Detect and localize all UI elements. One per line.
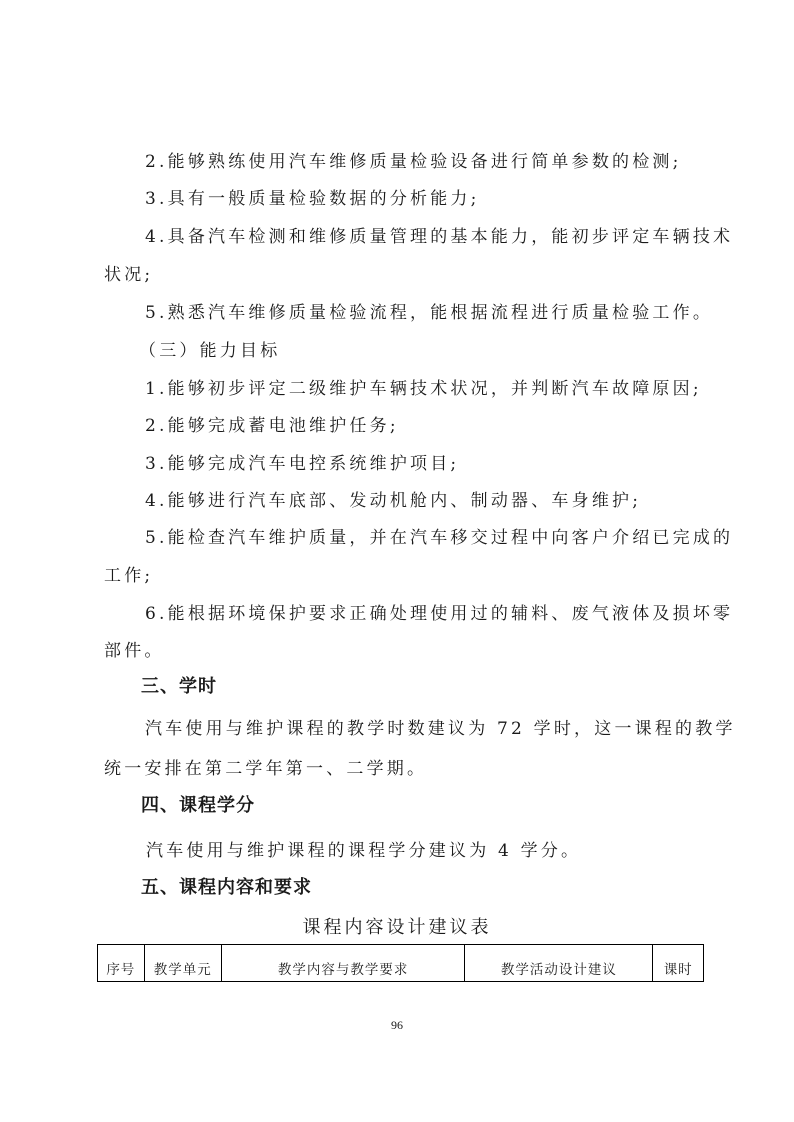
- list-item: 6.能根据环境保护要求正确处理使用过的辅料、废气液体及损坏零: [145, 603, 733, 625]
- course-content-table: 序号 教学单元 教学内容与教学要求 教学活动设计建议 课时: [97, 944, 704, 982]
- section-heading-4: 四、课程学分: [141, 795, 255, 817]
- list-item: 5.能检查汽车维护质量，并在汽车移交过程中向客户介绍已完成的: [145, 527, 733, 549]
- table-header-row: 序号 教学单元 教学内容与教学要求 教学活动设计建议 课时: [98, 945, 704, 982]
- paragraph-line: 汽车使用与维护课程的课程学分建议为 4 学分。: [146, 840, 581, 862]
- paragraph-line: 3.具有一般质量检验数据的分析能力;: [145, 188, 480, 210]
- section-heading-5: 五、课程内容和要求: [141, 877, 312, 899]
- paragraph-line: 统一安排在第二学年第一、二学期。: [104, 758, 427, 780]
- paragraph-line: 4.具备汽车检测和维修质量管理的基本能力，能初步评定车辆技术: [145, 226, 733, 248]
- paragraph-line: 状况;: [104, 264, 153, 286]
- header-index: 序号: [98, 945, 145, 982]
- header-unit: 教学单元: [144, 945, 221, 982]
- list-item: 部件。: [104, 640, 165, 662]
- list-item: 4.能够进行汽车底部、发动机舱内、制动器、车身维护;: [145, 490, 641, 512]
- table-caption: 课程内容设计建议表: [0, 916, 794, 940]
- list-item: 2.能够完成蓄电池维护任务;: [145, 415, 399, 437]
- paragraph-line: 2.能够熟练使用汽车维修质量检验设备进行简单参数的检测;: [145, 151, 682, 173]
- list-item: 3.能够完成汽车电控系统维护项目;: [145, 453, 459, 475]
- header-hours: 课时: [653, 945, 704, 982]
- paragraph-line: 5.熟悉汽车维修质量检验流程，能根据流程进行质量检验工作。: [145, 302, 713, 324]
- list-item: 1.能够初步评定二级维护车辆技术状况，并判断汽车故障原因;: [145, 378, 702, 400]
- subsection-heading: （三）能力目标: [139, 340, 280, 362]
- page-number: 96: [0, 1018, 794, 1033]
- paragraph-line: 汽车使用与维护课程的教学时数建议为 72 学时，这一课程的教学: [145, 718, 736, 740]
- section-heading-3: 三、学时: [141, 676, 217, 698]
- header-content: 教学内容与教学要求: [221, 945, 464, 982]
- list-item: 工作;: [104, 565, 153, 587]
- header-activity: 教学活动设计建议: [465, 945, 653, 982]
